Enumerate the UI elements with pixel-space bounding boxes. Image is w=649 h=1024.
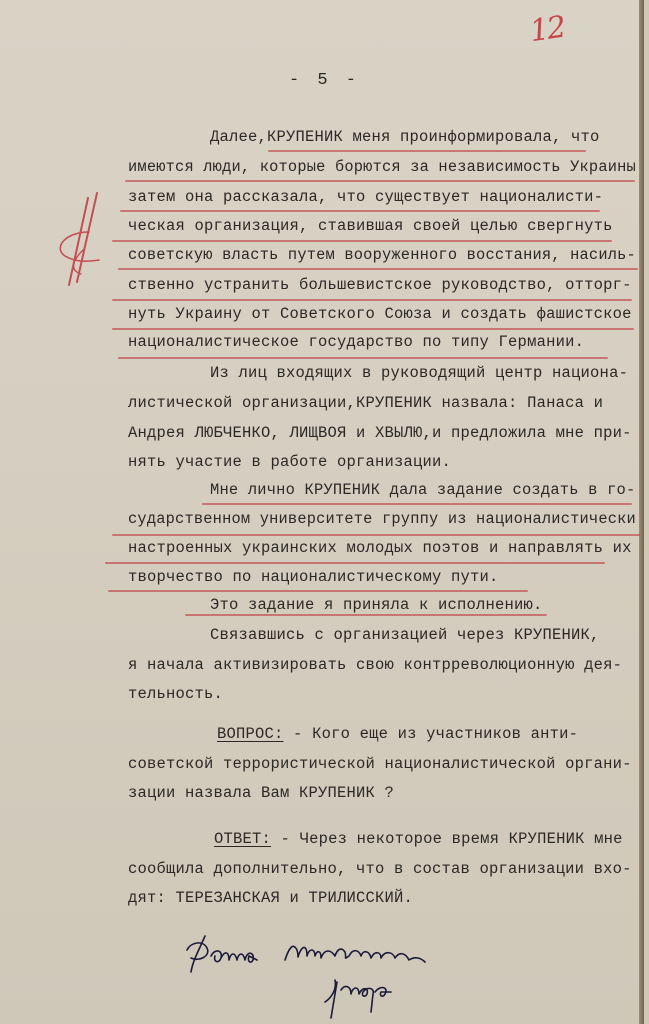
text-line: творчество по националистическому пути. [128,568,499,586]
red-underline [108,590,528,592]
red-underline [112,534,640,536]
text-line: Это задание я приняла к исполнению. [210,596,543,614]
text-line: Далее,КРУПЕНИК меня проинформировала, чт… [210,128,600,146]
answer-line: ОТВЕТ: - Через некоторое время КРУПЕНИК … [214,830,623,848]
archive-folio-number: 12 [528,10,567,49]
page-number: - 5 - [0,71,649,90]
page-edge [639,0,644,1024]
text-line: тельность. [128,685,223,703]
text-line: нуть Украину от Советского Союза и созда… [128,305,632,323]
question-text: Кого еще из участников анти- [312,725,578,743]
text-line: советской террористической националистич… [128,755,632,773]
red-underline [118,357,608,359]
answer-label: ОТВЕТ: [214,830,271,848]
red-underline [105,562,605,564]
text-line: листической организации,КРУПЕНИК назвала… [128,394,603,412]
text-line: я начала активизировать свою контрреволю… [128,656,622,674]
document-page: 12 - 5 - Далее,КРУПЕНИК меня проинформир… [0,0,644,1024]
text-line: сударственном университете группу из нац… [128,510,636,528]
margin-mark-icon [55,190,105,290]
text-line: затем она рассказала, что существует нац… [128,188,603,206]
red-underline [112,240,612,242]
text-line: настроенных украинских молодых поэтов и … [128,539,632,557]
red-underline [268,150,586,152]
question-dash: - [293,725,303,743]
text-line: Мне лично КРУПЕНИК дала задание создать … [210,481,635,499]
question-line: ВОПРОС: - Кого еще из участников анти- [217,725,578,743]
red-underline [202,503,632,505]
text-line: сообщила дополнительно, что в состав орг… [128,860,632,878]
red-underline [120,210,600,212]
answer-text: Через некоторое время КРУПЕНИК мне [300,830,623,848]
handwritten-signature [185,920,545,1024]
question-label: ВОПРОС: [217,725,284,743]
text-line: ческая организация, ставившая своей цель… [128,217,613,235]
text-line: националистическое государство по типу Г… [128,333,584,351]
text-line: Связавшись с организацией через КРУПЕНИК… [210,626,600,644]
text-line: советскую власть путем вооруженного восс… [128,246,636,264]
text-line: нять участие в работе организации. [128,453,451,471]
red-underline [112,299,632,301]
red-underline [118,268,638,270]
answer-dash: - [281,830,291,848]
red-underline [112,328,634,330]
text-line: Андрея ЛЮБЧЕНКО, ЛИЩВОЯ и ХВЫЛЮ,и предло… [128,424,632,442]
text-line: ственно устранить большевистское руковод… [128,276,632,294]
text-line: дят: ТЕРЕЗАНСКАЯ и ТРИЛИССКИЙ. [128,889,413,907]
text-line: зации назвала Вам КРУПЕНИК ? [128,784,394,802]
red-underline [185,614,547,616]
red-underline [125,180,635,182]
text-line: имеются люди, которые борются за независ… [128,158,636,176]
text-line: Из лиц входящих в руководящий центр наци… [210,364,628,382]
